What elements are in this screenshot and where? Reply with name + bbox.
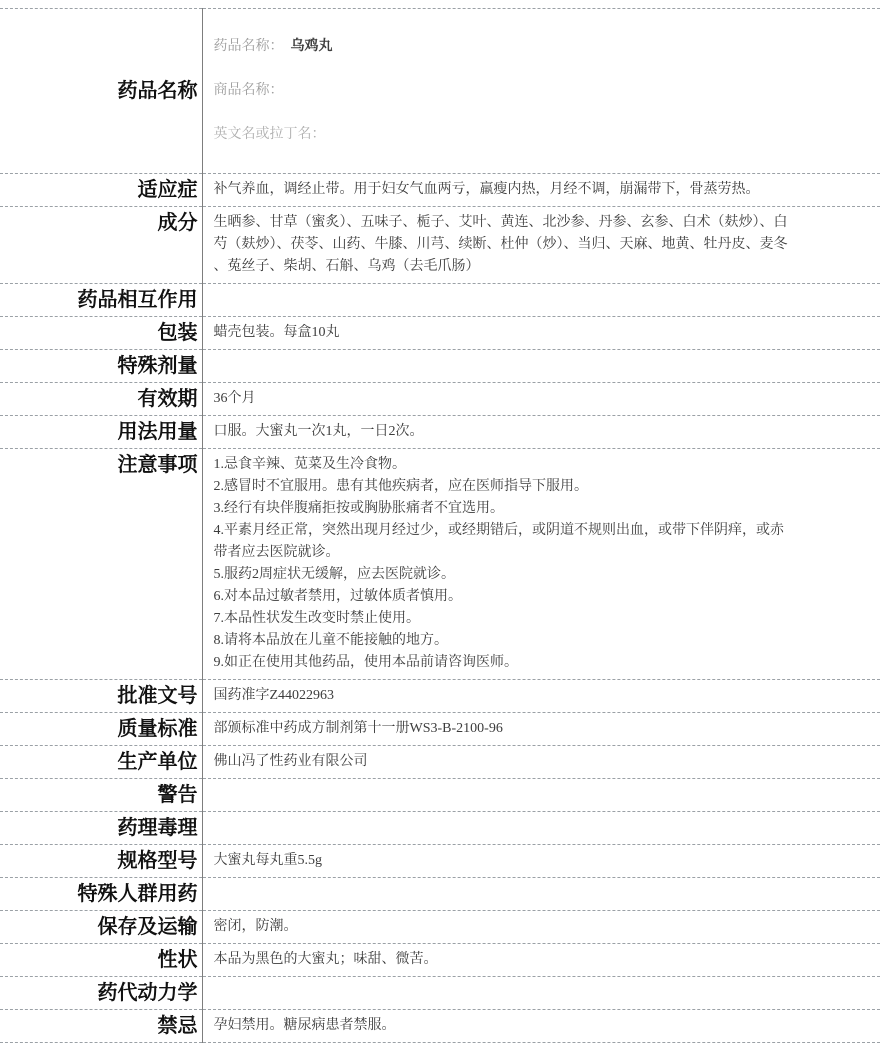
row-label: 药品名称 [0, 9, 202, 174]
row-label: 包装 [0, 317, 202, 350]
row-value [202, 812, 880, 845]
row-ingredients: 成分 生晒参、甘草（蜜炙）、五味子、栀子、艾叶、黄连、北沙参、丹参、玄参、白术（… [0, 207, 880, 284]
drug-info-table: 药品名称 药品名称：乌鸡丸 商品名称： 英文名或拉丁名： 适应症 补气养血，调经… [0, 8, 880, 1043]
row-value: 蜡壳包装。每盒10丸 [202, 317, 880, 350]
row-shelf-life: 有效期 36个月 [0, 383, 880, 416]
row-label: 质量标准 [0, 713, 202, 746]
drug-name-line: 药品名称：乌鸡丸 [214, 36, 792, 58]
row-value: 大蜜丸每丸重5.5g [202, 845, 880, 878]
drug-name-value: 乌鸡丸 [291, 39, 333, 54]
row-value: 密闭，防潮。 [202, 911, 880, 944]
row-quality-standard: 质量标准 部颁标准中药成方制剂第十一册WS3-B-2100-96 [0, 713, 880, 746]
row-pharmacology-toxicology: 药理毒理 [0, 812, 880, 845]
row-warning: 警告 [0, 779, 880, 812]
row-value: 部颁标准中药成方制剂第十一册WS3-B-2100-96 [202, 713, 880, 746]
trade-name-field-label: 商品名称： [214, 80, 792, 102]
row-label: 批准文号 [0, 680, 202, 713]
row-value: 国药准字Z44022963 [202, 680, 880, 713]
row-label: 有效期 [0, 383, 202, 416]
row-dosage-administration: 用法用量 口服。大蜜丸一次1丸，一日2次。 [0, 416, 880, 449]
row-label: 用法用量 [0, 416, 202, 449]
row-value [202, 977, 880, 1010]
row-label: 药代动力学 [0, 977, 202, 1010]
row-label: 药理毒理 [0, 812, 202, 845]
row-special-populations: 特殊人群用药 [0, 878, 880, 911]
row-label: 适应症 [0, 174, 202, 207]
row-packaging: 包装 蜡壳包装。每盒10丸 [0, 317, 880, 350]
row-value [202, 878, 880, 911]
row-precautions: 注意事项 1.忌食辛辣、苋菜及生冷食物。 2.感冒时不宜服用。患有其他疾病者，应… [0, 449, 880, 680]
row-label: 特殊人群用药 [0, 878, 202, 911]
row-drug-interactions: 药品相互作用 [0, 284, 880, 317]
row-value: 佛山冯了性药业有限公司 [202, 746, 880, 779]
row-indications: 适应症 补气养血，调经止带。用于妇女气血两亏，羸瘦内热，月经不调，崩漏带下，骨蒸… [0, 174, 880, 207]
row-value: 口服。大蜜丸一次1丸，一日2次。 [202, 416, 880, 449]
row-label: 药品相互作用 [0, 284, 202, 317]
row-value: 生晒参、甘草（蜜炙）、五味子、栀子、艾叶、黄连、北沙参、丹参、玄参、白术（麸炒）… [202, 207, 880, 284]
drug-name-field-label: 药品名称： [214, 39, 284, 54]
row-description: 性状 本品为黑色的大蜜丸；味甜、微苦。 [0, 944, 880, 977]
row-approval-number: 批准文号 国药准字Z44022963 [0, 680, 880, 713]
row-value: 1.忌食辛辣、苋菜及生冷食物。 2.感冒时不宜服用。患有其他疾病者，应在医师指导… [202, 449, 880, 680]
row-value [202, 284, 880, 317]
row-drug-name: 药品名称 药品名称：乌鸡丸 商品名称： 英文名或拉丁名： [0, 9, 880, 174]
latin-name-field-label: 英文名或拉丁名： [214, 124, 792, 146]
row-specification: 规格型号 大蜜丸每丸重5.5g [0, 845, 880, 878]
row-value [202, 779, 880, 812]
row-label: 生产单位 [0, 746, 202, 779]
row-value: 药品名称：乌鸡丸 商品名称： 英文名或拉丁名： [202, 9, 880, 174]
row-contraindications: 禁忌 孕妇禁用。糖尿病患者禁服。 [0, 1010, 880, 1043]
row-value: 36个月 [202, 383, 880, 416]
row-label: 性状 [0, 944, 202, 977]
row-label: 规格型号 [0, 845, 202, 878]
row-label: 成分 [0, 207, 202, 284]
row-label: 警告 [0, 779, 202, 812]
row-label: 保存及运输 [0, 911, 202, 944]
row-pharmacokinetics: 药代动力学 [0, 977, 880, 1010]
row-value: 孕妇禁用。糖尿病患者禁服。 [202, 1010, 880, 1043]
row-special-dosage: 特殊剂量 [0, 350, 880, 383]
row-label: 禁忌 [0, 1010, 202, 1043]
row-label: 特殊剂量 [0, 350, 202, 383]
row-value: 补气养血，调经止带。用于妇女气血两亏，羸瘦内热，月经不调，崩漏带下，骨蒸劳热。 [202, 174, 880, 207]
row-storage-transport: 保存及运输 密闭，防潮。 [0, 911, 880, 944]
row-value [202, 350, 880, 383]
row-value: 本品为黑色的大蜜丸；味甜、微苦。 [202, 944, 880, 977]
row-label: 注意事项 [0, 449, 202, 680]
row-manufacturer: 生产单位 佛山冯了性药业有限公司 [0, 746, 880, 779]
